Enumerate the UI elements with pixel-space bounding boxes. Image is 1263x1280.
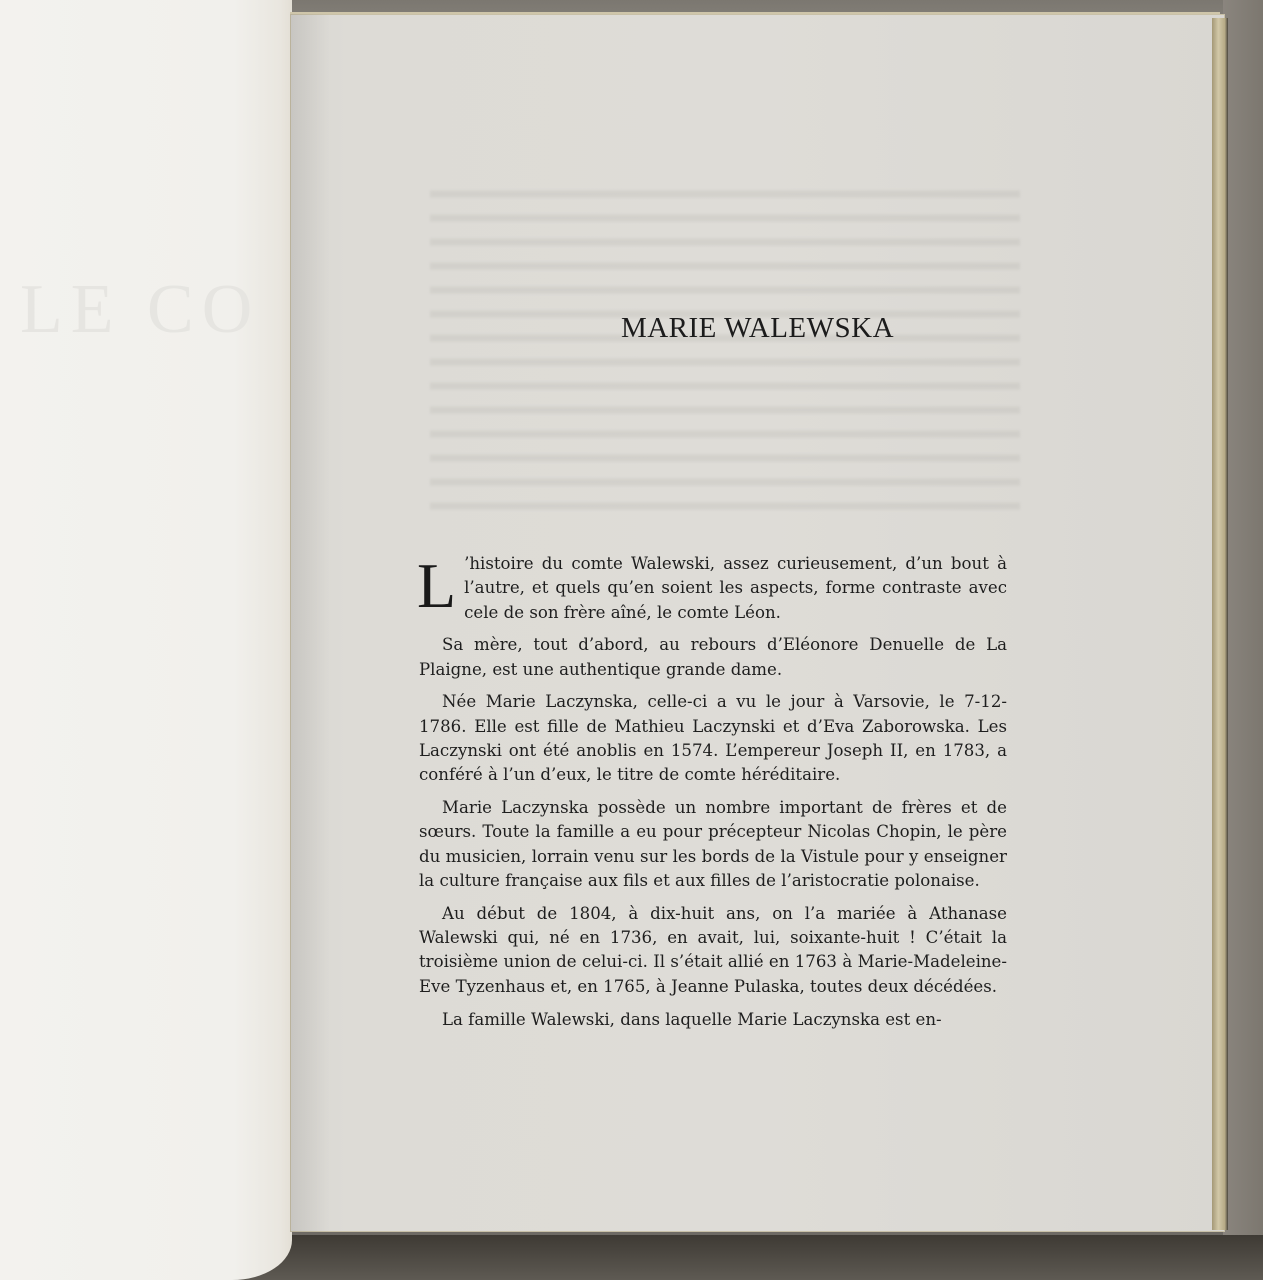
paragraph-5: Au début de 1804, à dix-huit ans, on l’a… — [419, 902, 1007, 999]
paragraph-6: La famille Walewski, dans laquelle Marie… — [419, 1008, 1007, 1032]
paragraph-1: L’histoire du comte Walewski, assez curi… — [419, 552, 1007, 625]
chapter-title: MARIE WALEWSKA — [290, 312, 1225, 345]
bleed-through-text-area — [430, 180, 1020, 520]
paragraph-3: Née Marie Laczynska, celle-ci a vu le jo… — [419, 690, 1007, 787]
paragraph-4: Marie Laczynska possède un nombre import… — [419, 796, 1007, 893]
left-page-bleed-through-text: LE CO — [20, 270, 260, 350]
left-page: LE CO — [0, 0, 292, 1280]
paragraph-2: Sa mère, tout d’abord, au rebours d’Eléo… — [419, 633, 1007, 682]
background-surface-right — [1223, 0, 1263, 1280]
chapter-body: L’histoire du comte Walewski, assez curi… — [419, 552, 1007, 1040]
drop-cap: L — [417, 560, 456, 612]
page-stack-edge — [1212, 18, 1228, 1230]
gutter-shadow — [290, 14, 330, 1232]
paragraph-1-text: ’histoire du comte Walewski, assez curie… — [464, 554, 1007, 622]
